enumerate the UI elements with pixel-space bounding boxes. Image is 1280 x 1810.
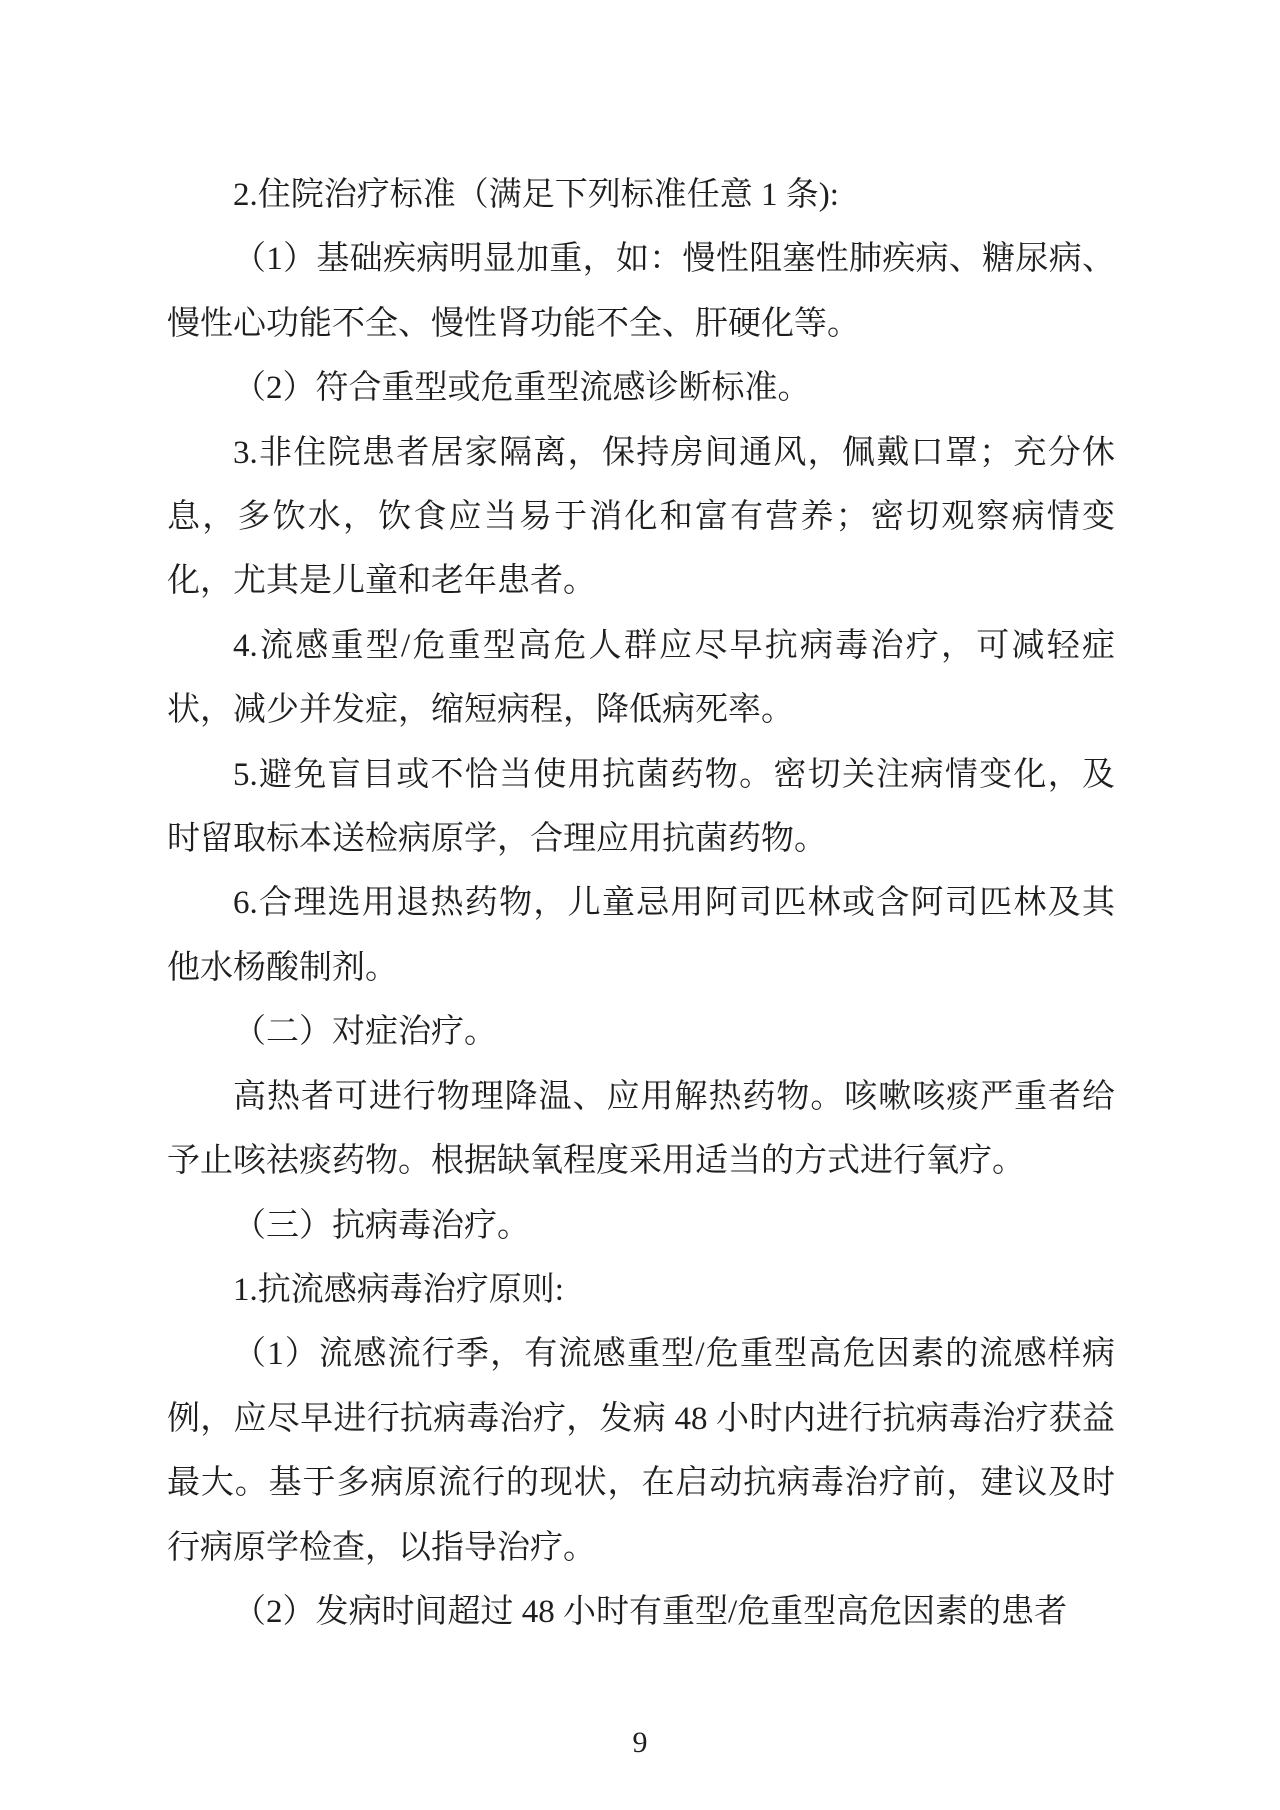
paragraph: 3.非住院患者居家隔离，保持房间通风，佩戴口罩；充分休息，多饮水，饮食应当易于消…	[167, 421, 1115, 614]
paragraph: 4.流感重型/危重型高危人群应尽早抗病毒治疗，可减轻症状，减少并发症，缩短病程，…	[167, 614, 1115, 743]
paragraph: 5.避免盲目或不恰当使用抗菌药物。密切关注病情变化，及时留取标本送检病原学，合理…	[167, 743, 1115, 872]
paragraph: （1）流感流行季，有流感重型/危重型高危因素的流感样病例，应尽早进行抗病毒治疗，…	[167, 1322, 1115, 1580]
paragraph: （2）符合重型或危重型流感诊断标准。	[167, 356, 1115, 420]
paragraph: 6.合理选用退热药物，儿童忌用阿司匹林或含阿司匹林及其他水杨酸制剂。	[167, 871, 1115, 1000]
paragraph: 2.住院治疗标准（满足下列标准任意 1 条):	[167, 163, 1115, 227]
paragraph: （1）基础疾病明显加重，如：慢性阻塞性肺疾病、糖尿病、慢性心功能不全、慢性肾功能…	[167, 227, 1115, 356]
paragraph: （三）抗病毒治疗。	[167, 1194, 1115, 1258]
paragraph: （2）发病时间超过 48 小时有重型/危重型高危因素的患者	[167, 1580, 1115, 1644]
paragraph: 1.抗流感病毒治疗原则:	[167, 1258, 1115, 1322]
paragraph: （二）对症治疗。	[167, 1000, 1115, 1064]
document-body: 2.住院治疗标准（满足下列标准任意 1 条):（1）基础疾病明显加重，如：慢性阻…	[167, 163, 1115, 1644]
page-number: 9	[0, 1726, 1280, 1760]
paragraph: 高热者可进行物理降温、应用解热药物。咳嗽咳痰严重者给予止咳祛痰药物。根据缺氧程度…	[167, 1065, 1115, 1194]
document-page: 2.住院治疗标准（满足下列标准任意 1 条):（1）基础疾病明显加重，如：慢性阻…	[0, 0, 1280, 1810]
